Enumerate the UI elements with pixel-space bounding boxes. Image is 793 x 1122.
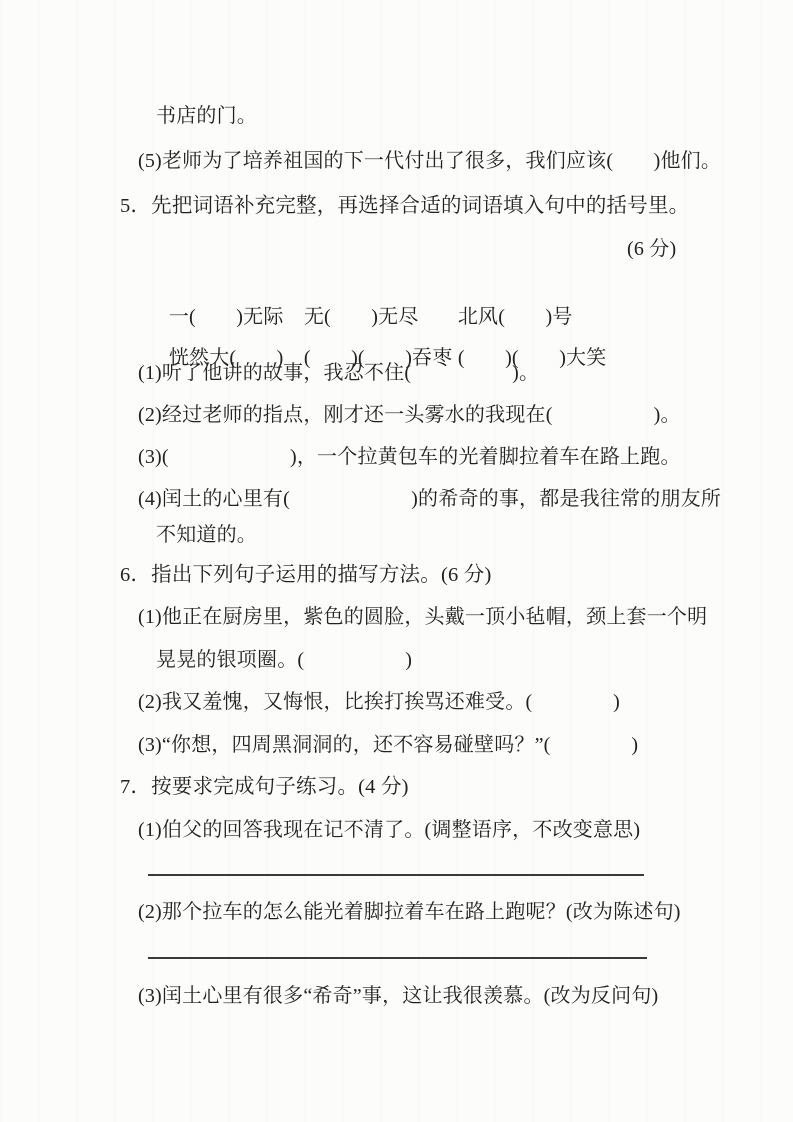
answer-blank-line-2 (148, 957, 647, 959)
question-5-score: (6 分) (627, 236, 676, 263)
q7-item-2: (2)那个拉车的怎么能光着脚拉着车在路上跑呢？(改为陈述句) (138, 899, 681, 926)
q6-item-1-line-2: 晃晃的银项圈。( ) (156, 647, 412, 674)
q6-item-3: (3)“你想，四周黑洞洞的，还不容易碰壁吗？”( ) (138, 732, 638, 759)
q4-item-5: (5)老师为了培养祖国的下一代付出了很多，我们应该( )他们。 (138, 148, 721, 175)
q5-item-4-line-1: (4)闰土的心里有( )的希奇的事，都是我往常的朋友所 (138, 486, 721, 513)
q4-continuation-line: 书店的门。 (156, 103, 257, 130)
question-7-title: 7．按要求完成句子练习。(4 分) (120, 774, 409, 801)
q5-item-4-line-2: 不知道的。 (156, 522, 257, 549)
test-paper-page: 书店的门。 (5)老师为了培养祖国的下一代付出了很多，我们应该( )他们。 5．… (0, 0, 793, 1122)
q5-item-3: (3)( )，一个拉黄包车的光着脚拉着车在路上跑。 (138, 444, 681, 471)
question-5-title: 5．先把词语补充完整，再选择合适的词语填入句中的括号里。 (120, 193, 689, 220)
q5-item-2: (2)经过老师的指点，刚才还一头雾水的我现在( )。 (138, 402, 681, 429)
q6-item-2: (2)我又羞愧，又悔恨，比挨打挨骂还难受。( ) (138, 689, 620, 716)
q7-item-3: (3)闰土心里有很多“希奇”事，这让我很羡慕。(改为反问句) (138, 983, 658, 1010)
q6-item-1-line-1: (1)他正在厨房里，紫色的圆脸，头戴一顶小毡帽，颈上套一个明 (138, 604, 707, 631)
answer-blank-line-1 (148, 874, 644, 876)
q7-item-1: (1)伯父的回答我现在记不清了。(调整语序，不改变意思) (138, 817, 640, 844)
question-6-title: 6．指出下列句子运用的描写方法。(6 分) (120, 562, 491, 589)
q5-item-1: (1)听了他讲的故事，我忍不住( )。 (138, 360, 539, 387)
